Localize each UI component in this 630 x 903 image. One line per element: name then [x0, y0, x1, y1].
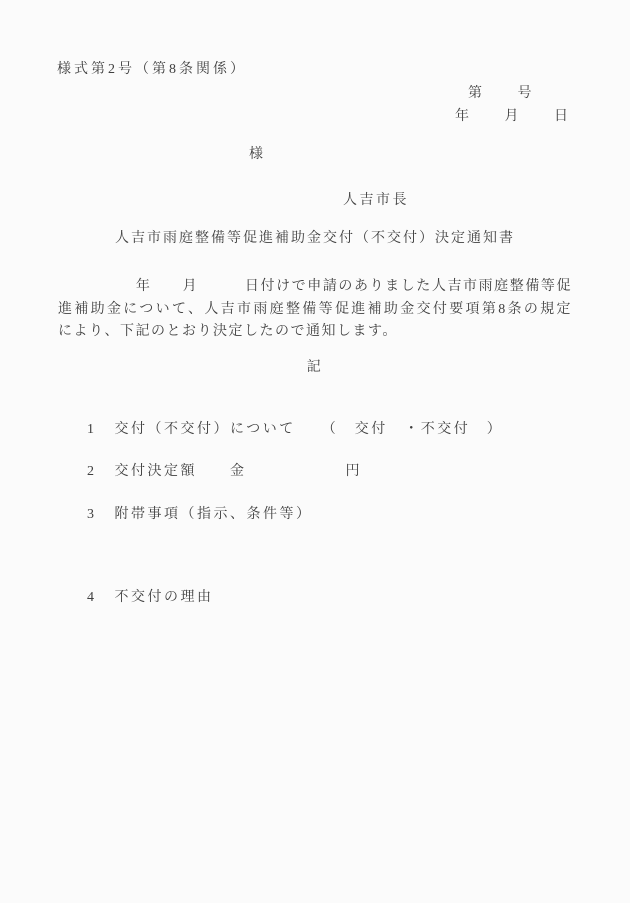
- body-line-3: により、下記のとおり決定したので通知します。: [58, 321, 572, 344]
- item-text: 附帯事項（指示、条件等）: [115, 507, 313, 522]
- body-paragraph: 年 月 日付けで申請のありました人吉市雨庭整備等促 進補助金について、人吉市雨庭…: [58, 276, 572, 344]
- document-number-line: 第 号: [468, 84, 534, 104]
- item-text: 不交付の理由: [115, 590, 214, 605]
- body-line-2: 進補助金について、人吉市雨庭整備等促進補助金交付要項第8条の規定: [58, 299, 572, 322]
- item-text: 交付決定額 金 円: [115, 464, 363, 479]
- item-row-conditions: 3附帯事項（指示、条件等）: [63, 485, 313, 545]
- item-number: 4: [87, 590, 97, 605]
- item-text: 交付（不交付）について （ 交付 ・不交付 ）: [115, 422, 504, 437]
- item-number: 1: [87, 422, 97, 437]
- item-number: 3: [87, 507, 97, 522]
- document-page: 様式第2号（第8条関係） 第 号 年 月 日 様 人吉市長 人吉市雨庭整備等促進…: [0, 0, 630, 903]
- addressee-honorific: 様: [249, 145, 266, 165]
- form-number: 様式第2号（第8条関係）: [57, 60, 247, 80]
- date-line: 年 月 日: [455, 107, 571, 127]
- document-title: 人吉市雨庭整備等促進補助金交付（不交付）決定通知書: [0, 229, 630, 249]
- record-marker: 記: [0, 358, 630, 378]
- item-row-nongrant-reason: 4不交付の理由: [63, 568, 214, 628]
- sender-title: 人吉市長: [343, 191, 409, 211]
- item-number: 2: [87, 464, 97, 479]
- body-line-1: 年 月 日付けで申請のありました人吉市雨庭整備等促: [58, 276, 572, 299]
